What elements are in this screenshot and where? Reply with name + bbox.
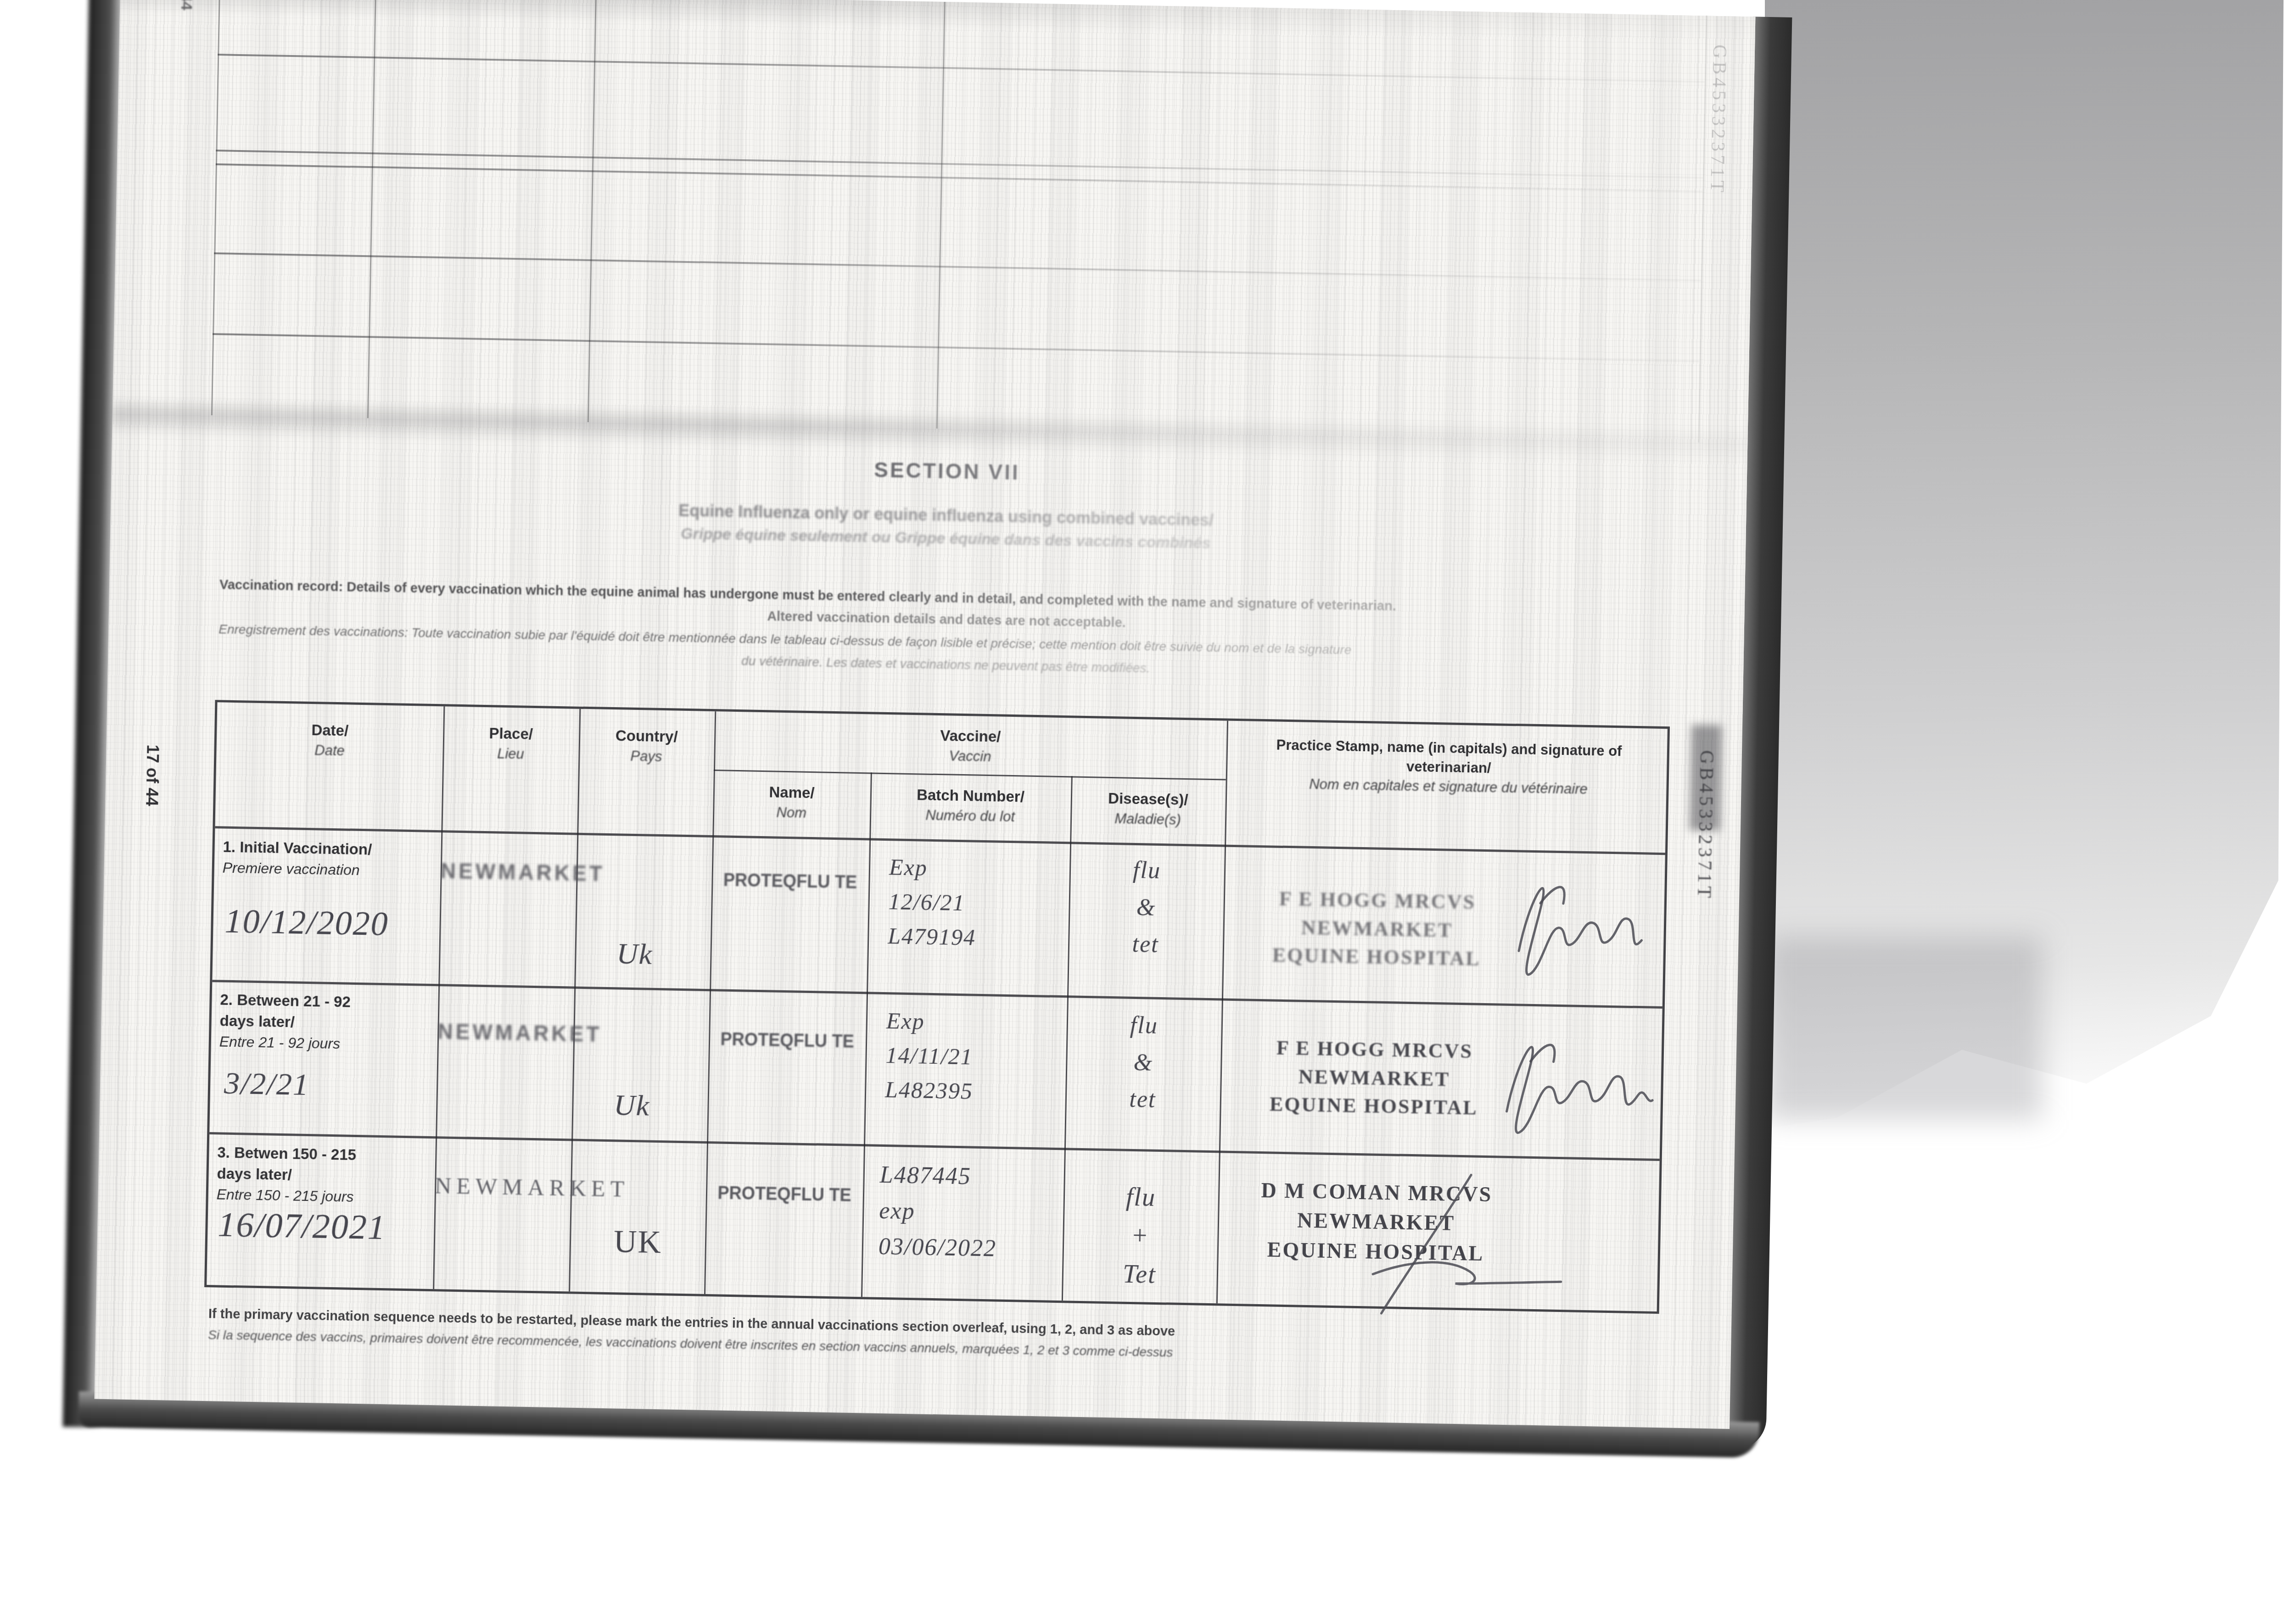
row1-label: 1. Initial Vaccination/ Premiere vaccina…	[222, 837, 372, 881]
row2-country-handwriting: Uk	[614, 1088, 650, 1122]
row1-diseases-handwriting: flu & tet	[1068, 851, 1224, 965]
row3-diseases-handwriting: flu + Tet	[1062, 1177, 1219, 1295]
row1-batch-handwriting: Exp 12/6/21 L479194	[888, 850, 978, 954]
ghost-gridline	[367, 0, 376, 418]
row3-place-stamp: NEWMARKET	[435, 1172, 571, 1201]
table-gridline	[569, 709, 581, 1292]
page-top-shadow	[120, 0, 1756, 44]
table-gridline	[714, 770, 1226, 780]
header-practice-stamp: Practice Stamp, name (in capitals) and s…	[1244, 735, 1653, 800]
header-country: Country/ Pays	[578, 725, 715, 767]
row3-signature	[1317, 1165, 1604, 1322]
ghost-gridline	[588, 0, 597, 422]
header-place: Place/ Lieu	[442, 722, 579, 765]
document-number-top: GB45332371T	[1706, 45, 1730, 196]
ghost-gridline	[1698, 16, 1707, 442]
row3-label: 3. Betwen 150 - 215 days later/ Entre 15…	[216, 1142, 356, 1207]
ghost-gridline	[216, 163, 1703, 192]
row2-label: 2. Between 21 - 92 days later/ Entre 21 …	[219, 989, 351, 1054]
page-number: 17 of 44	[142, 744, 162, 806]
row1-signature	[1493, 859, 1651, 999]
row3-vaccine-stamp: PROTEQFLU TE	[712, 1182, 856, 1206]
header-diseases: Disease(s)/ Maladie(s)	[1070, 787, 1226, 830]
row2-vaccine-stamp: PROTEQFLU TE	[715, 1028, 859, 1052]
document-number-middle: GB45332371T	[1693, 750, 1718, 901]
vaccination-table: Date/ Date Place/ Lieu Country/ Pays Vac…	[204, 700, 1670, 1314]
table-gridline	[433, 706, 445, 1289]
row2-place-stamp: NEWMARKET	[437, 1018, 574, 1047]
row3-country-handwriting: UK	[613, 1223, 662, 1261]
row1-country-handwriting: Uk	[616, 937, 653, 971]
row1-date-handwriting: 10/12/2020	[224, 902, 389, 944]
table-gridline	[209, 1132, 1660, 1161]
row2-diseases-handwriting: flu & tet	[1065, 1006, 1221, 1120]
ghost-gridline	[936, 2, 946, 429]
row1-vaccine-stamp: PROTEQFLU TE	[718, 869, 862, 893]
ghost-gridline	[211, 0, 220, 415]
passport-page: 16 of 44 17 of 44 GB45332371T GB45332371…	[95, 0, 1756, 1429]
scanner-shadow-band	[1767, 936, 2043, 1120]
row2-date-handwriting: 3/2/21	[224, 1065, 310, 1103]
row2-practice-stamp: F E HOGG MRCVS NEWMARKET EQUINE HOSPITAL	[1245, 1033, 1503, 1122]
ghost-gridline	[213, 333, 1700, 362]
row2-signature	[1481, 1015, 1657, 1155]
header-vaccine-name: Name/ Nom	[713, 781, 871, 824]
header-vaccine: Vaccine/ Vaccin	[714, 721, 1226, 770]
ghost-gridline	[218, 54, 1705, 83]
row3-batch-handwriting: L487445 exp 03/06/2022	[878, 1157, 998, 1267]
header-date: Date/ Date	[216, 718, 443, 762]
page-number-partial: 16 of 44	[177, 0, 196, 11]
table-gridline	[861, 772, 872, 1297]
row2-batch-handwriting: Exp 14/11/21 L482395	[885, 1004, 975, 1108]
row1-practice-stamp: F E HOGG MRCVS NEWMARKET EQUINE HOSPITAL	[1248, 884, 1506, 974]
row1-place-stamp: NEWMARKET	[440, 857, 577, 886]
ghost-gridline	[214, 252, 1701, 281]
header-batch-number: Batch Number/ Numéro du lot	[870, 784, 1071, 827]
passport-scan: 16 of 44 17 of 44 GB45332371T GB45332371…	[65, 0, 1792, 1474]
ghost-gridline	[216, 150, 1703, 179]
row3-date-handwriting: 16/07/2021	[218, 1205, 386, 1248]
